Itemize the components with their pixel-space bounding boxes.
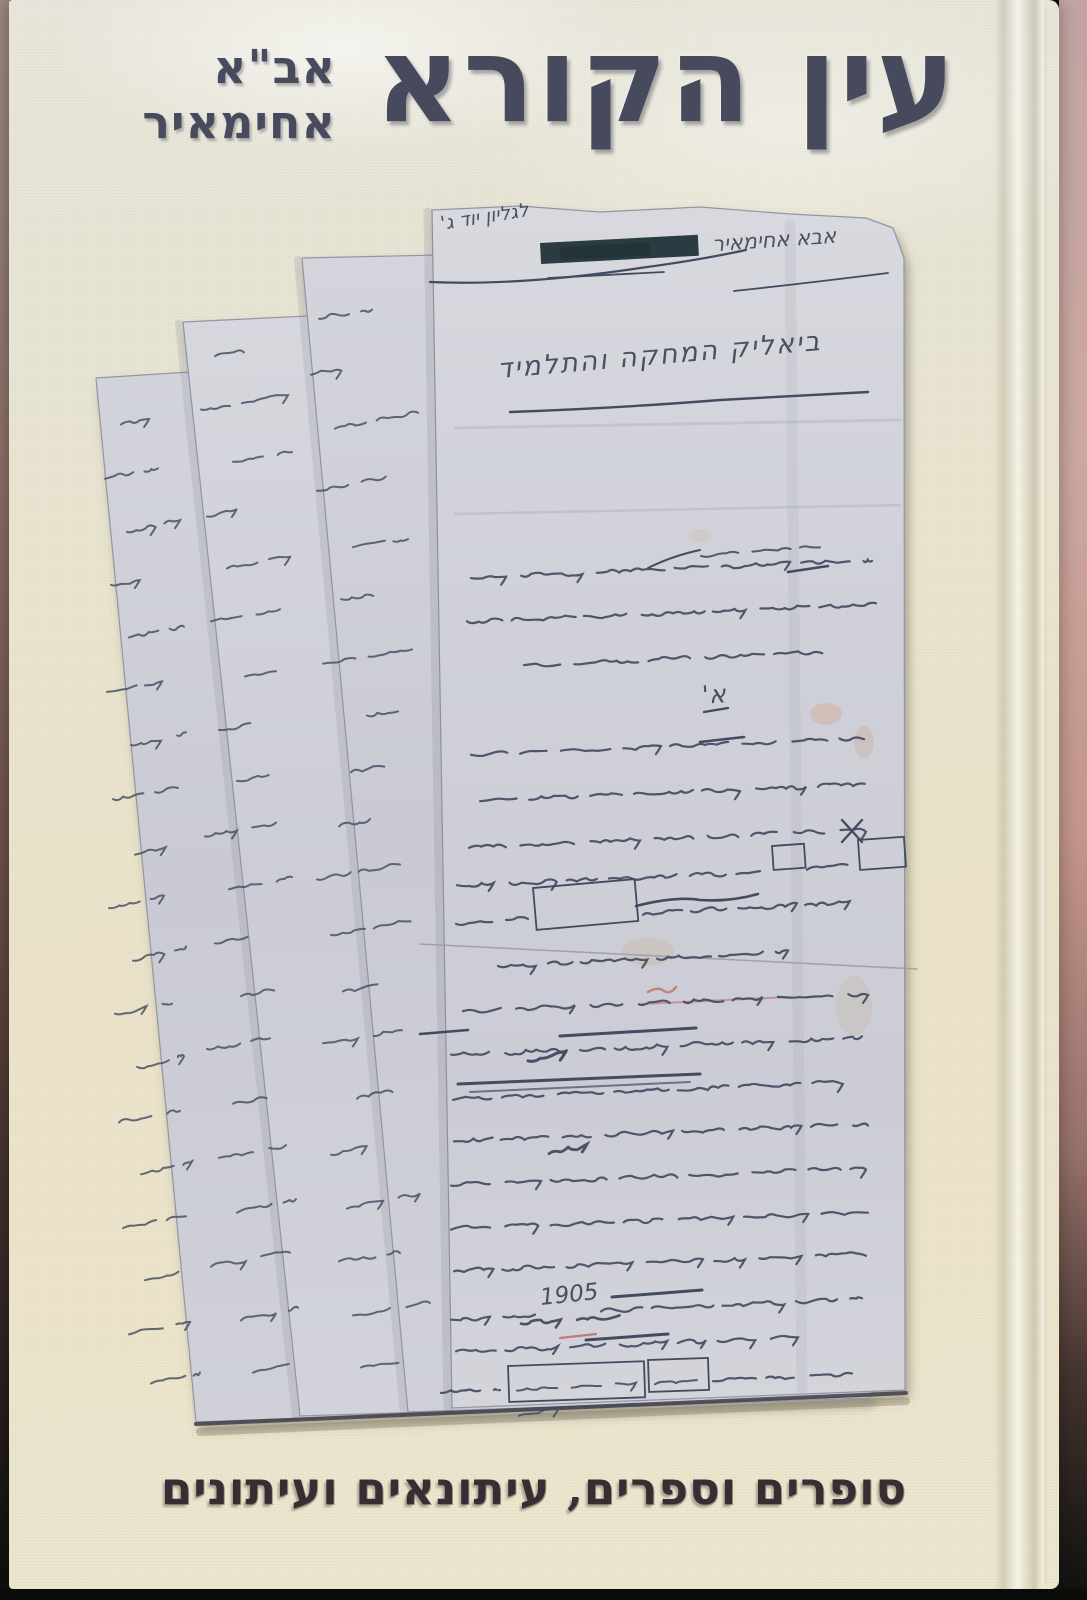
manuscript-sheets xyxy=(96,206,905,1422)
manuscript-section-mark: א' xyxy=(701,679,727,710)
cover-subtitle: סופרים וספרים, עיתונאים ועיתונים xyxy=(9,1462,1059,1515)
manuscript-photo-collage xyxy=(0,0,1087,1600)
book-cover-photo: אב"א אחימאיר עין הקורא xyxy=(0,0,1087,1600)
